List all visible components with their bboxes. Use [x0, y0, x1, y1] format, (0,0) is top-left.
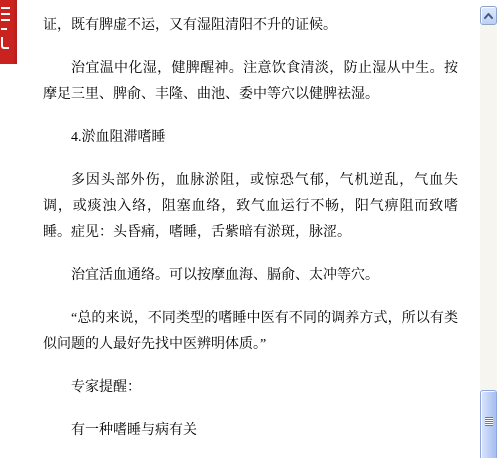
paragraph-continuation: 证，既有脾虚不运，又有湿阻清阳不升的证候。 [43, 13, 458, 39]
vertical-scrollbar[interactable] [480, 6, 498, 458]
paragraph: 多因头部外伤，血脉淤阻，或惊恐气郁，气机逆乱，气血失调，或痰浊入络，阻塞血络，致… [43, 168, 458, 246]
paragraph: 治宜温中化湿，健脾醒神。注意饮食清淡，防止湿从中生。按摩足三里、脾俞、丰隆、曲池… [43, 56, 458, 108]
thumb-grip-lines [485, 417, 493, 426]
scrollbar-thumb[interactable] [480, 390, 497, 458]
document-page: 证，既有脾虚不运，又有湿阻清阳不升的证候。 治宜温中化湿，健脾醒神。注意饮食清淡… [0, 0, 501, 458]
paragraph: 有一种嗜睡与病有关 [43, 418, 458, 444]
quote-paragraph: “总的来说，不同类型的嗜睡中医有不同的调养方式，所以有类似问题的人最好先找中医辨… [43, 306, 458, 358]
chevron-up-icon [484, 13, 493, 19]
article-text: 证，既有脾虚不运，又有湿阻清阳不升的证候。 治宜温中化湿，健脾醒神。注意饮食清淡… [0, 0, 462, 458]
expert-reminder-label: 专家提醒： [43, 375, 458, 401]
section-heading: 4.淤血阻滞嗜睡 [43, 125, 458, 151]
paragraph: 治宜活血通络。可以按摩血海、膈俞、太冲等穴。 [43, 263, 458, 289]
scrollbar-track[interactable] [480, 25, 497, 458]
scroll-up-button[interactable] [480, 6, 497, 25]
